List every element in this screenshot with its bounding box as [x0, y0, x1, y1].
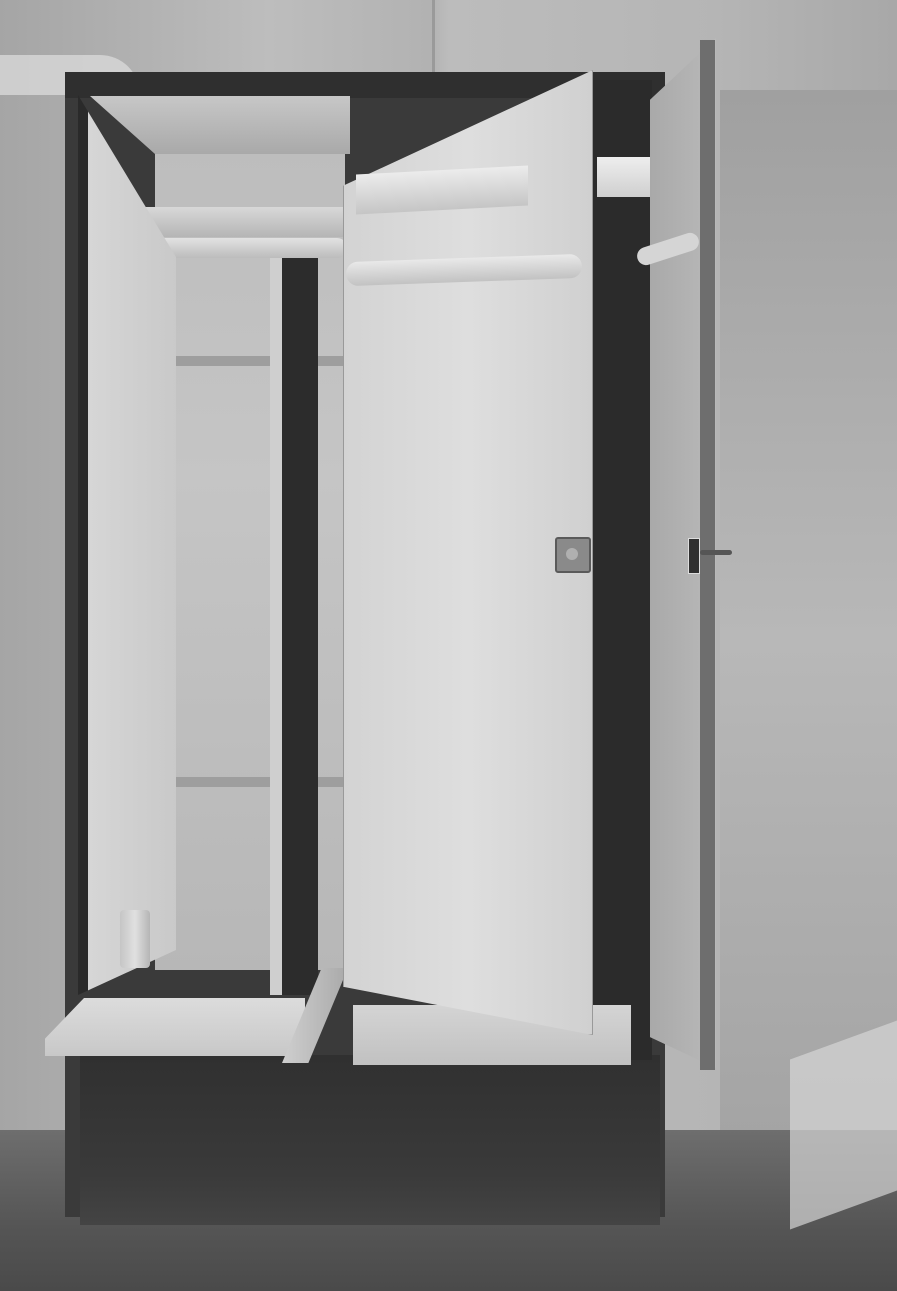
right-interior: [590, 80, 652, 1060]
seat-board-left: [45, 998, 305, 1056]
wardrobe-plinth: [80, 1055, 660, 1225]
wall-right-shadow: [720, 90, 897, 1190]
wardrobe-divider: [270, 255, 318, 995]
right-door-edge: [700, 40, 715, 1070]
lock-icon: [555, 537, 591, 573]
key-icon: [700, 550, 732, 555]
interior-slat: [165, 777, 345, 787]
wall-corner: [432, 0, 435, 80]
cylinder-block: [120, 910, 150, 968]
latch-icon: [688, 538, 700, 574]
